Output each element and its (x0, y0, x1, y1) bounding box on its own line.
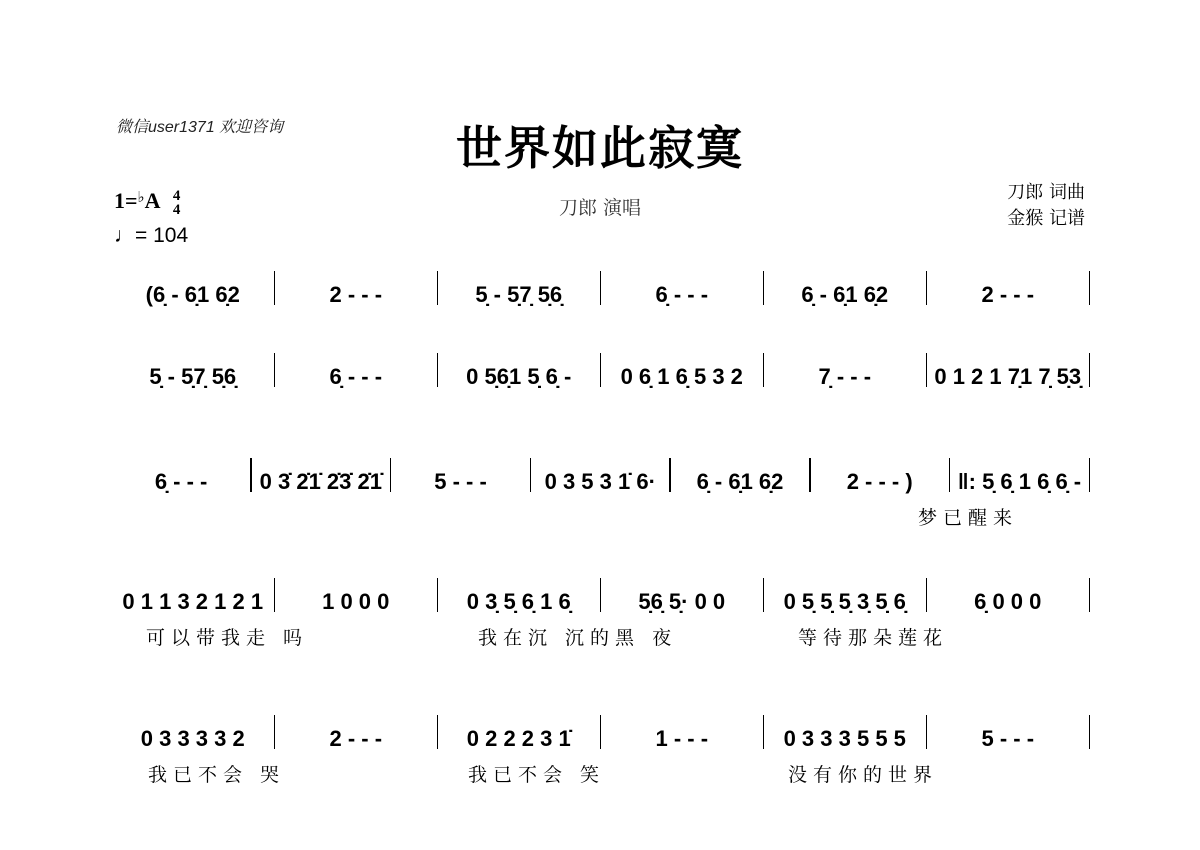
measure: 6̣ - - - (601, 282, 763, 308)
barline (1089, 353, 1091, 387)
barline (1089, 578, 1091, 612)
score-line: 0 3 3 3 3 22 - - -0 2 2 2 3 1̇1 - - -0 3… (112, 712, 1090, 752)
measure: 5̣ - 5̣7̣ 5̣6̣ (438, 282, 600, 308)
time-signature: 4 4 (173, 189, 181, 217)
measure: 1 0 0 0 (275, 589, 437, 615)
measure: 6̣ - 6̣1 6̣2 (671, 469, 809, 495)
key-note: A (145, 188, 160, 213)
time-sig-top: 4 (173, 189, 181, 203)
measure: 2 - - - (275, 726, 437, 752)
time-sig-bottom: 4 (173, 203, 181, 217)
lyric-line: 我已不会 笑 (468, 760, 605, 787)
composer-credits: 刀郎 词曲 金猴 记谱 (1007, 180, 1085, 232)
tempo-value: = 104 (135, 224, 188, 247)
measure: 0 3̇ 2̇1̇ 2̇3̇ 2̇1̇ (252, 469, 390, 495)
measure: 0 2 2 2 3 1̇ (438, 726, 600, 752)
measure: 5 - - - (927, 726, 1089, 752)
measure: ‖: 5̣ 6̣ 1 6̣ 6̣ - (950, 469, 1088, 495)
key-prefix: 1= (114, 188, 138, 213)
score-line: 0 1 1 3 2 1 2 11 0 0 00 3̣ 5̣ 6̣ 1 6̣5̣6… (112, 575, 1090, 615)
measure: 5 - - - (391, 469, 529, 495)
score-line: (6̣ - 6̣1 6̣22 - - -5̣ - 5̣7̣ 5̣6̣6̣ - -… (112, 268, 1090, 308)
tempo-marking: ♩= 104 (114, 224, 188, 248)
score-line: 5̣ - 5̣7̣ 5̣6̣6̣ - - -0 5̣6̣1 5̣ 6̣ -0 6… (112, 350, 1090, 390)
measure: 5̣6̣ 5̣· 0 0 (601, 589, 763, 615)
flat-icon: ♭ (138, 190, 145, 206)
lyric-line: 没有你的世界 (788, 760, 938, 787)
measure: (6̣ - 6̣1 6̣2 (112, 282, 274, 308)
measure: 0 3 3 3 3 2 (112, 726, 274, 752)
measure: 6̣ - - - (275, 364, 437, 390)
measure: 0 1 1 3 2 1 2 1 (112, 589, 274, 615)
lyric-line: 可以带我走 吗 (146, 623, 308, 650)
measure: 0 3̣ 5̣ 6̣ 1 6̣ (438, 589, 600, 615)
barline (1089, 458, 1091, 492)
lyric-line: 等待那朵莲花 (798, 623, 948, 650)
measure: 6̣ 0 0 0 (927, 589, 1089, 615)
quarter-note-icon: ♩ (114, 224, 135, 247)
measure: 0 5̣6̣1 5̣ 6̣ - (438, 364, 600, 390)
measure: 2 - - - (275, 282, 437, 308)
measure: 0 6̣ 1 6̣ 5 3 2 (601, 364, 763, 390)
measure: 6̣ - 6̣1 6̣2 (764, 282, 926, 308)
measure: 0 3 5 3 1̇ 6· (531, 469, 669, 495)
measure: 2 - - - ) (811, 469, 949, 495)
barline (1089, 271, 1091, 305)
measure: 0 1 2 1 7̣1 7̣ 5̣3̣ (927, 364, 1089, 390)
lyric-line: 梦已醒来 (918, 503, 1018, 530)
song-title: 世界如此寂寞 (0, 112, 1200, 178)
measure: 5̣ - 5̣7̣ 5̣6̣ (112, 364, 274, 390)
measure: 7̣ - - - (764, 364, 926, 390)
barline (1089, 715, 1091, 749)
measure: 2 - - - (927, 282, 1089, 308)
measure: 0 5̣ 5̣ 5̣ 3̣ 5̣ 6̣ (764, 589, 926, 615)
key-signature: 1=♭A 4 4 (114, 188, 180, 217)
lyrics-music-credit: 刀郎 词曲 (1007, 180, 1085, 206)
lyric-line: 我在沉 沉的黑 夜 (478, 623, 677, 650)
score-line: 6̣ - - -0 3̇ 2̇1̇ 2̇3̇ 2̇1̇5 - - -0 3 5 … (112, 455, 1090, 495)
transcriber-credit: 金猴 记谱 (1007, 206, 1085, 232)
measure: 0 3 3 3 5 5 5 (764, 726, 926, 752)
measure: 6̣ - - - (112, 469, 250, 495)
measure: 1 - - - (601, 726, 763, 752)
lyric-line: 我已不会 哭 (148, 760, 285, 787)
